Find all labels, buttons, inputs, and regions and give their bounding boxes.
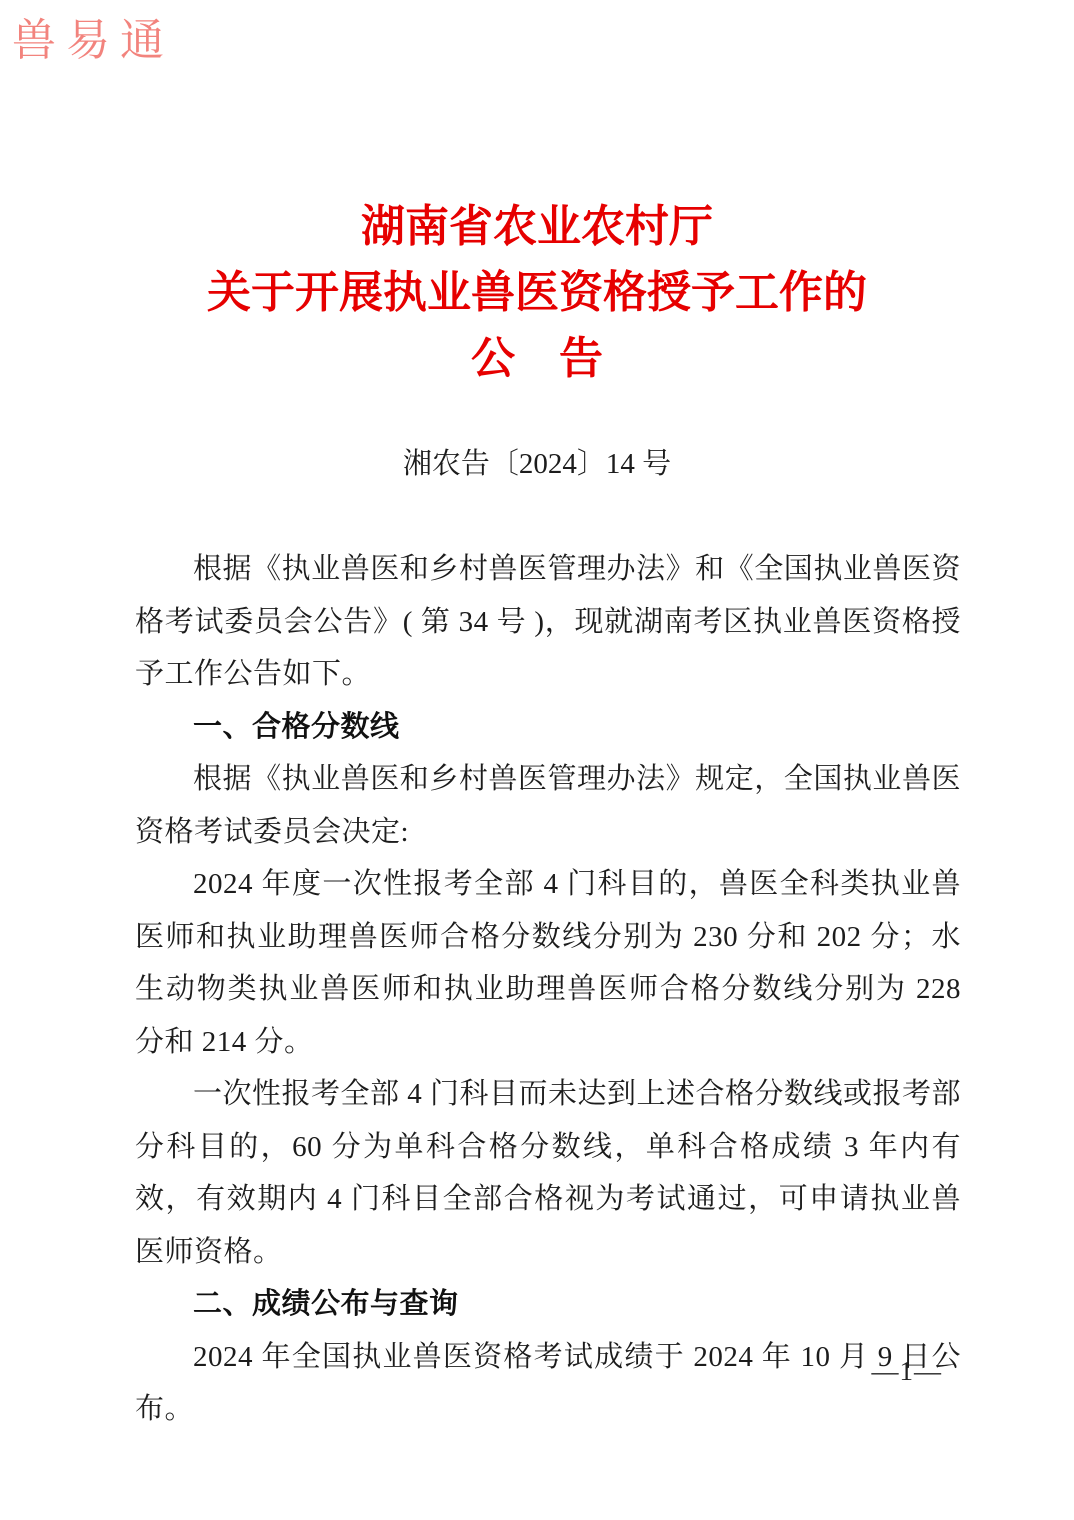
page-number: —1— xyxy=(872,1356,943,1386)
watermark-logo: 兽易通 xyxy=(12,4,174,68)
title-line-2: 关于开展执业兽医资格授予工作的 xyxy=(0,260,1074,326)
paragraph-intro: 根据《执业兽医和乡村兽医管理办法》和《全国执业兽医资格考试委员会公告》( 第 3… xyxy=(135,543,961,701)
title-line-3: 公 告 xyxy=(0,326,1074,392)
paragraph-pass-scores: 2024 年度一次性报考全部 4 门科目的，兽医全科类执业兽医师和执业助理兽医师… xyxy=(135,858,961,1068)
section-heading-1: 一、合格分数线 xyxy=(135,701,961,754)
document-page: 兽易通 湖南省农业农村厅 关于开展执业兽医资格授予工作的 公 告 湘农告〔202… xyxy=(0,0,1074,1520)
title-line-1: 湖南省农业农村厅 xyxy=(0,194,1074,260)
section-heading-2: 二、成绩公布与查询 xyxy=(135,1278,961,1331)
document-body: 根据《执业兽医和乡村兽医管理办法》和《全国执业兽医资格考试委员会公告》( 第 3… xyxy=(135,543,961,1436)
document-number: 湘农告〔2024〕14 号 xyxy=(0,444,1074,484)
paragraph-single-subject-rule: 一次性报考全部 4 门科目而未达到上述合格分数线或报考部分科目的，60 分为单科… xyxy=(135,1068,961,1278)
paragraph-score-release: 2024 年全国执业兽医资格考试成绩于 2024 年 10 月 9 日公布。 xyxy=(135,1331,961,1436)
paragraph-committee-decision: 根据《执业兽医和乡村兽医管理办法》规定，全国执业兽医资格考试委员会决定: xyxy=(135,753,961,858)
